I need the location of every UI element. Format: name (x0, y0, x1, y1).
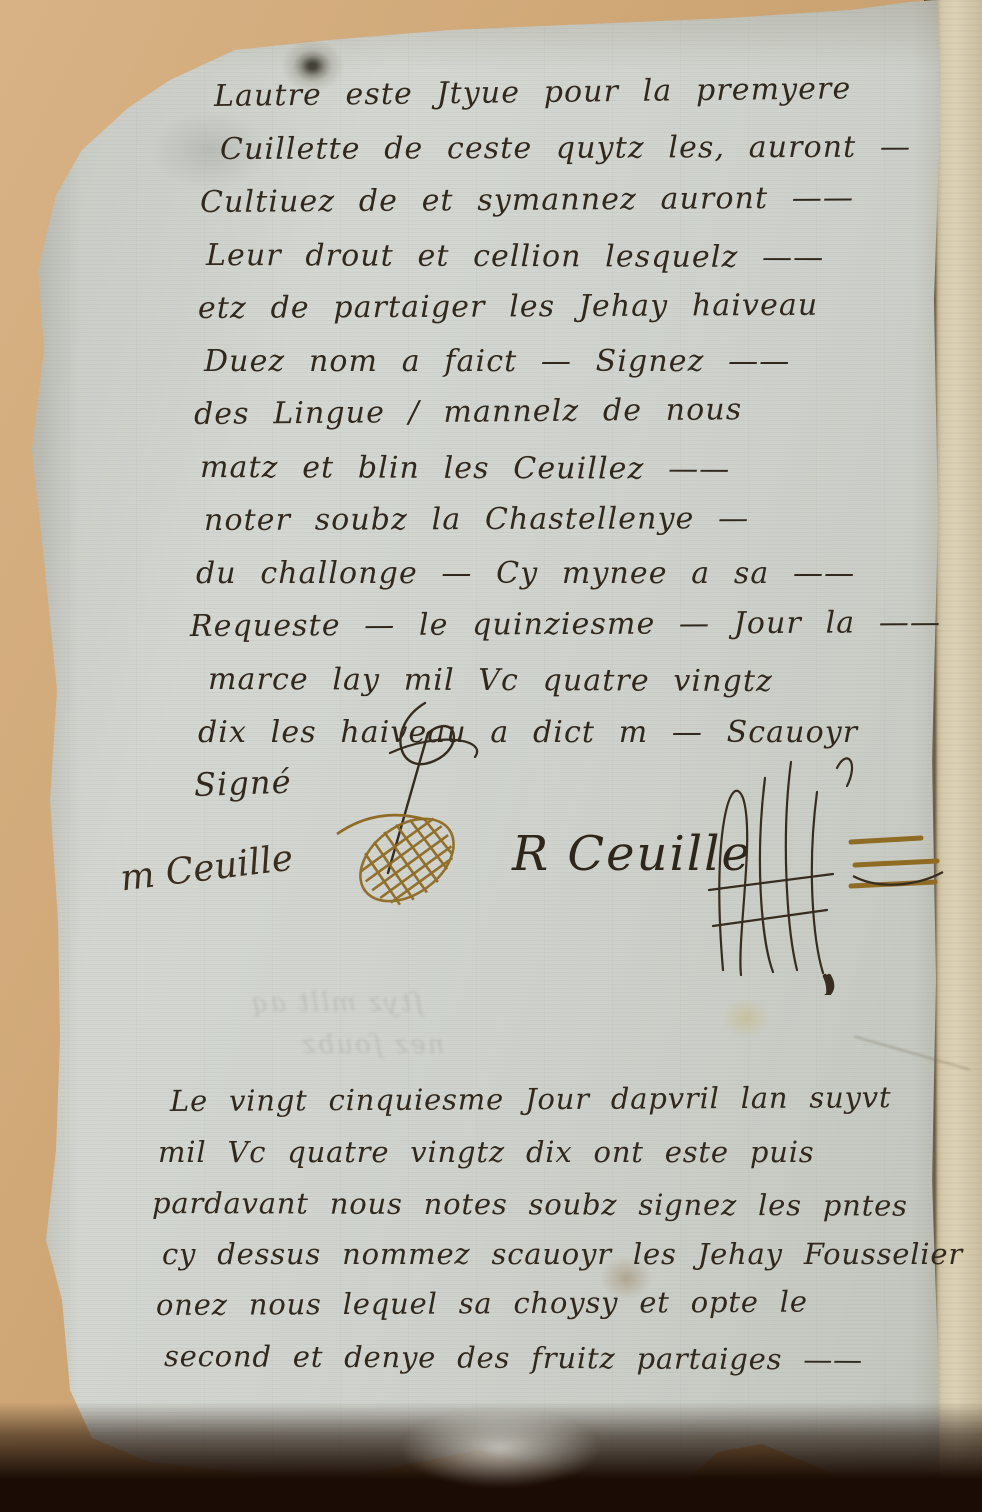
manuscript-line: Duez nom a faict — Signez —— (204, 335, 930, 388)
manuscript-line: mil Vc quatre vingtz dix ont este puis (158, 1127, 952, 1178)
manuscript-line: Leur drout et cellion lesquelz —— (206, 229, 930, 285)
show-through-smudge: ſtyz mllt aq (250, 988, 423, 1018)
manuscript-line: etz de partaiger les Jehay haiveau (198, 278, 930, 335)
show-through-smudge: nez ſoubz (300, 1030, 444, 1060)
manuscript-line: marce lay mil Vc quatre vingtz (208, 653, 930, 709)
manuscript-line: pardavant nous notes soubz signez les pn… (152, 1178, 952, 1232)
signature-paraph-ochre-crosshatch (335, 772, 485, 947)
manuscript-line: noter soubz la Chastellenye — (204, 491, 930, 547)
manuscript-line: cy dessus nommez scauoyr les Jehay Fouss… (162, 1229, 952, 1280)
manuscript-line: Le vingt cinquiesme Jour dapvril lan suy… (170, 1072, 952, 1127)
paragraph-1: Lautre este Jtyue pour la premyere Cuill… (190, 70, 930, 812)
paragraph-2: Le vingt cinquiesme Jour dapvril lan suy… (152, 1076, 952, 1382)
manuscript-line: Cuillette de ceste quytz les, auront — (220, 121, 930, 176)
signature-ochre-dashes (845, 832, 970, 904)
manuscript-line: matz et blin les Ceuillez —— (200, 441, 930, 497)
manuscript-line: Cultiuez de et symannez auront —— (200, 171, 930, 229)
manuscript-line: des Lingue / mannelz de nous (194, 382, 930, 441)
manuscript-line: onez nous lequel sa choysy et opte le (156, 1276, 952, 1331)
bottom-shadow (0, 1402, 982, 1512)
manuscript-line: du challonge — Cy mynee a sa —— (196, 547, 930, 600)
manuscript-line: Requeste — le quinziesme — Jour la —— (190, 596, 930, 653)
signature-paraph-loops (695, 740, 870, 995)
manuscript-photo: ſtyz mllt aq nez ſoubz Lautre este Jtyue… (0, 0, 982, 1512)
manuscript-line: Lautre este Jtyue pour la premyere (214, 61, 931, 123)
manuscript-line: second et denye des fruitz partaiges —— (164, 1331, 952, 1386)
